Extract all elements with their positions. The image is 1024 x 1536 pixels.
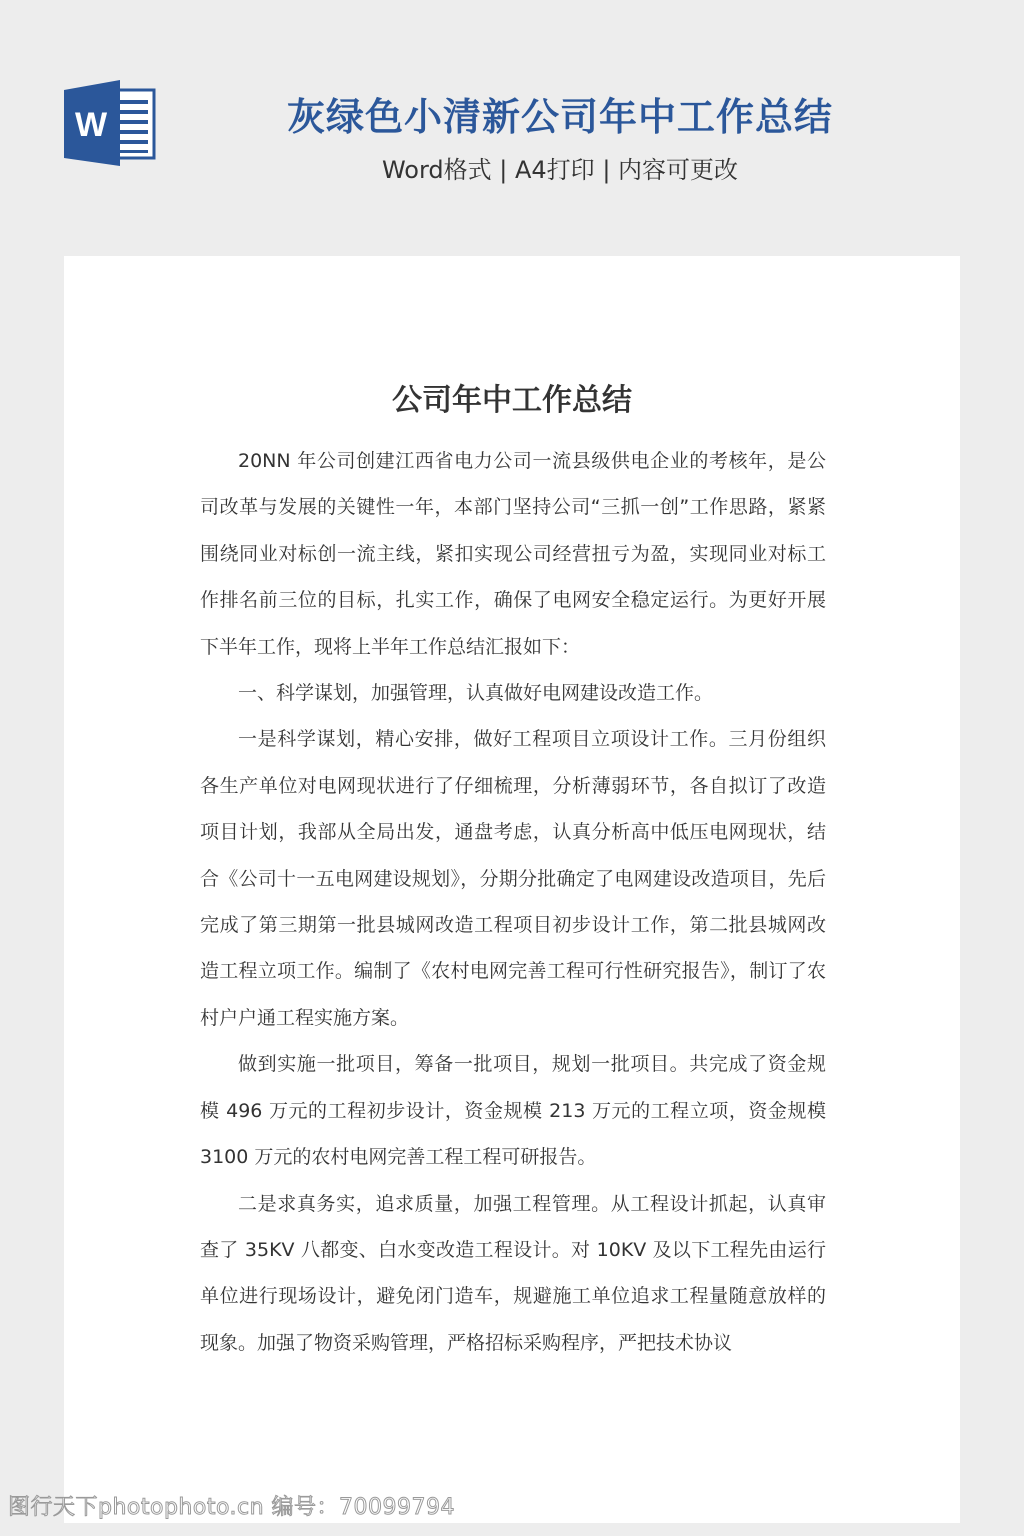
page-title: 灰绿色小清新公司年中工作总结 [250, 92, 870, 142]
document-page: 公司年中工作总结 20NN 年公司创建江西省电力公司一流县级供电企业的考核年，是… [64, 256, 960, 1523]
header: W 灰绿色小清新公司年中工作总结 Word格式 | A4打印 | 内容可更改 [0, 0, 1024, 256]
watermark: 图行天下photophoto.cn 编号：70099794 [8, 1490, 455, 1521]
svg-text:W: W [75, 106, 108, 144]
document-body: 20NN 年公司创建江西省电力公司一流县级供电企业的考核年，是公司改革与发展的关… [200, 438, 826, 1366]
document-title: 公司年中工作总结 [64, 376, 960, 426]
paragraph: 做到实施一批项目，筹备一批项目，规划一批项目。共完成了资金规模 496 万元的工… [200, 1041, 826, 1180]
page-subtitle: Word格式 | A4打印 | 内容可更改 [250, 152, 870, 188]
word-document-icon: W [64, 80, 156, 166]
paragraph: 一是科学谋划，精心安排，做好工程项目立项设计工作。三月份组织各生产单位对电网现状… [200, 716, 826, 1041]
paragraph: 20NN 年公司创建江西省电力公司一流县级供电企业的考核年，是公司改革与发展的关… [200, 438, 826, 670]
paragraph: 一、科学谋划，加强管理，认真做好电网建设改造工作。 [200, 670, 826, 716]
paragraph: 二是求真务实，追求质量，加强工程管理。从工程设计抓起，认真审查了 35KV 八都… [200, 1181, 826, 1367]
